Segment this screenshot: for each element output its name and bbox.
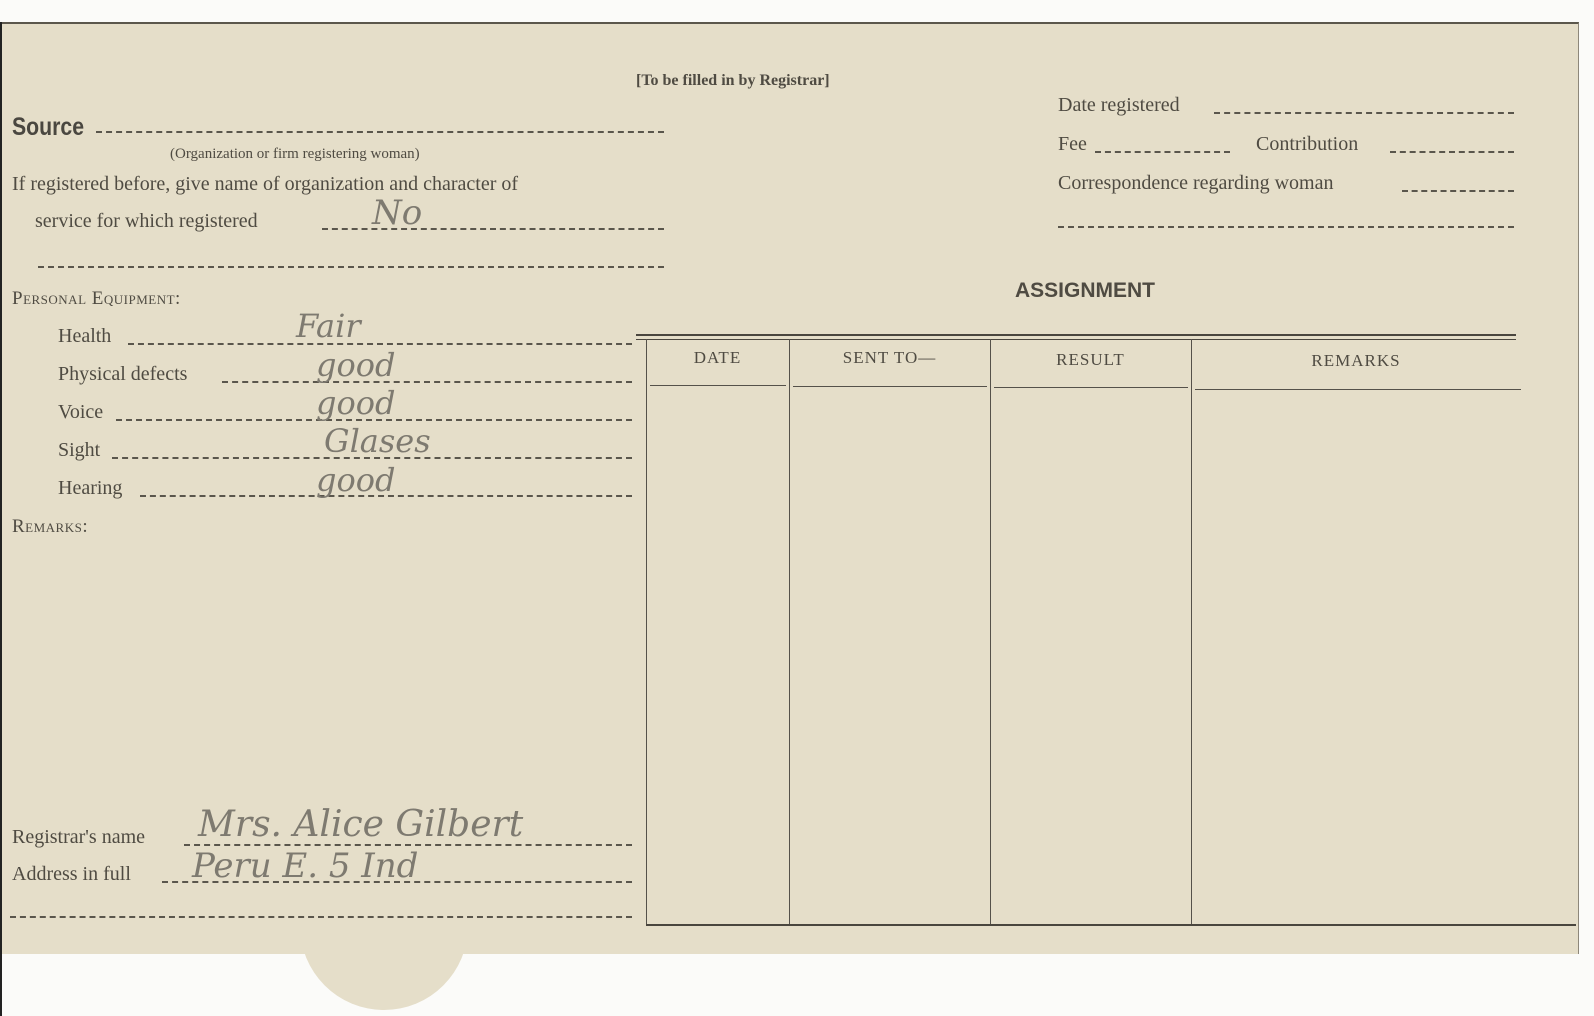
header-underline-result [994, 387, 1188, 388]
date-column-cell[interactable] [647, 392, 789, 922]
sight-label: Sight [58, 439, 100, 462]
header-underline-remarks [1195, 389, 1521, 390]
voice-label: Voice [58, 401, 103, 424]
prior-registration-value: No [372, 193, 422, 233]
registrar-name-value: Mrs. Alice Gilbert [198, 804, 523, 845]
prior-registration-field-continued[interactable] [38, 266, 664, 268]
correspondence-field-continued[interactable] [1058, 226, 1514, 228]
registrar-note: [To be filled in by Registrar] [636, 72, 830, 90]
table-top-rule-1 [636, 334, 1516, 336]
result-column-cell[interactable] [991, 392, 1191, 922]
column-header-remarks: REMARKS [1191, 351, 1521, 371]
physical-defects-label: Physical defects [58, 363, 187, 386]
correspondence-field[interactable] [1402, 190, 1514, 192]
health-field[interactable] [128, 343, 632, 345]
address-label: Address in full [12, 863, 131, 886]
physical-defects-field[interactable] [222, 381, 632, 383]
source-field[interactable] [96, 131, 664, 133]
prior-registration-line2: service for which registered [35, 210, 258, 233]
correspondence-label: Correspondence regarding woman [1058, 172, 1333, 195]
fee-label: Fee [1058, 133, 1087, 156]
contribution-label: Contribution [1256, 133, 1358, 156]
remarks-area[interactable] [12, 545, 622, 805]
physical-defects-value: good [316, 346, 396, 384]
fee-field[interactable] [1095, 151, 1230, 153]
header-underline-date [650, 385, 786, 386]
column-header-sent-to: SENT TO— [789, 348, 990, 368]
personal-equipment-title: Personal Equipment: [12, 288, 181, 310]
contribution-field[interactable] [1390, 151, 1514, 153]
remarks-title: Remarks: [12, 516, 88, 538]
health-value: Fair [296, 307, 361, 345]
column-header-date: DATE [646, 348, 789, 368]
header-underline-sent-to [793, 386, 987, 387]
source-caption: (Organization or firm registering woman) [170, 146, 420, 163]
card-index-tab [300, 920, 468, 1010]
address-field-continued[interactable] [10, 916, 632, 918]
health-label: Health [58, 325, 111, 348]
date-registered-label: Date registered [1058, 94, 1180, 117]
sight-value: Glases [324, 422, 431, 460]
table-top-rule-2 [636, 339, 1516, 340]
registrar-name-label: Registrar's name [12, 826, 145, 849]
assignment-title: ASSIGNMENT [1015, 279, 1155, 303]
source-label: Source [12, 113, 84, 142]
remarks-column-cell[interactable] [1192, 392, 1522, 922]
hearing-label: Hearing [58, 477, 122, 500]
sent-to-column-cell[interactable] [790, 392, 990, 922]
voice-value: good [316, 384, 396, 422]
date-registered-field[interactable] [1214, 112, 1514, 114]
prior-registration-line1: If registered before, give name of organ… [12, 173, 518, 196]
hearing-value: good [316, 461, 396, 499]
address-value: Peru E. 5 Ind [192, 846, 418, 886]
table-bottom-rule [646, 924, 1576, 926]
column-header-result: RESULT [990, 350, 1191, 370]
